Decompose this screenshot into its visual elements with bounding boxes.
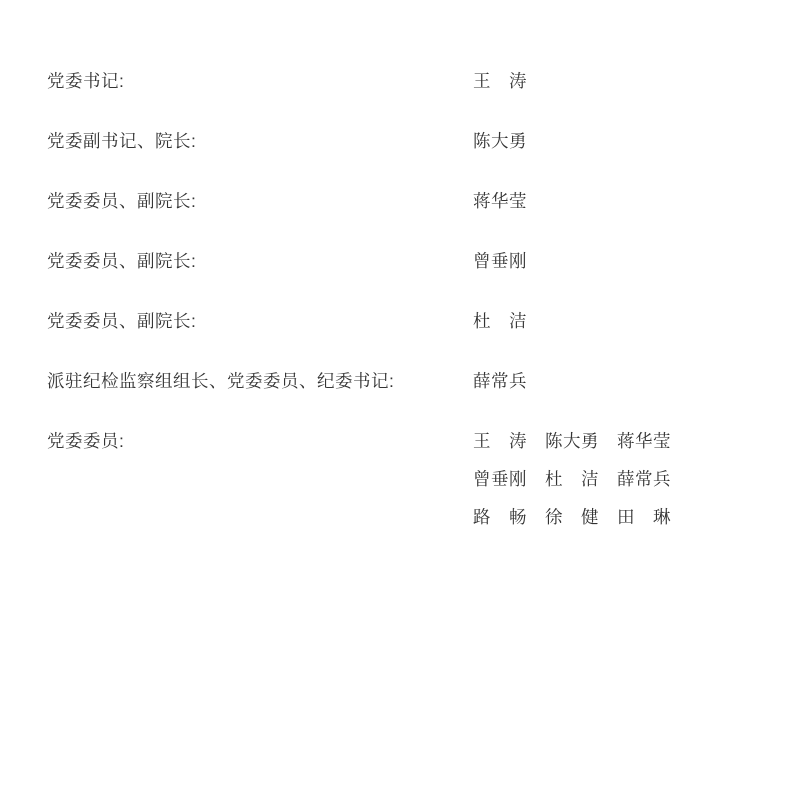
person-names: 蒋华莹 — [473, 182, 527, 220]
position-title: 党委书记: — [47, 62, 124, 100]
person-names: 杜 洁 — [473, 302, 527, 340]
position-title: 派驻纪检监察组组长、党委委员、纪委书记: — [47, 362, 394, 400]
person-names-list: 王 涛 陈大勇 蒋华莹 曾垂刚 杜 洁 薛常兵 路 畅 徐 健 田 琳 — [473, 422, 671, 536]
position-title: 党委委员、副院长: — [47, 302, 196, 340]
person-names: 王 涛 — [473, 62, 527, 100]
position-title: 党委委员、副院长: — [47, 242, 196, 280]
position-title: 党委副书记、院长: — [47, 122, 196, 160]
person-names: 薛常兵 — [473, 362, 527, 400]
person-names: 陈大勇 — [473, 122, 527, 160]
person-names: 曾垂刚 — [473, 242, 527, 280]
position-title: 党委委员、副院长: — [47, 182, 196, 220]
leadership-roster-page: 党委书记: 王 涛 党委副书记、院长: 陈大勇 党委委员、副院长: 蒋华莹 党委… — [0, 0, 800, 800]
position-title: 党委委员: — [47, 422, 124, 460]
